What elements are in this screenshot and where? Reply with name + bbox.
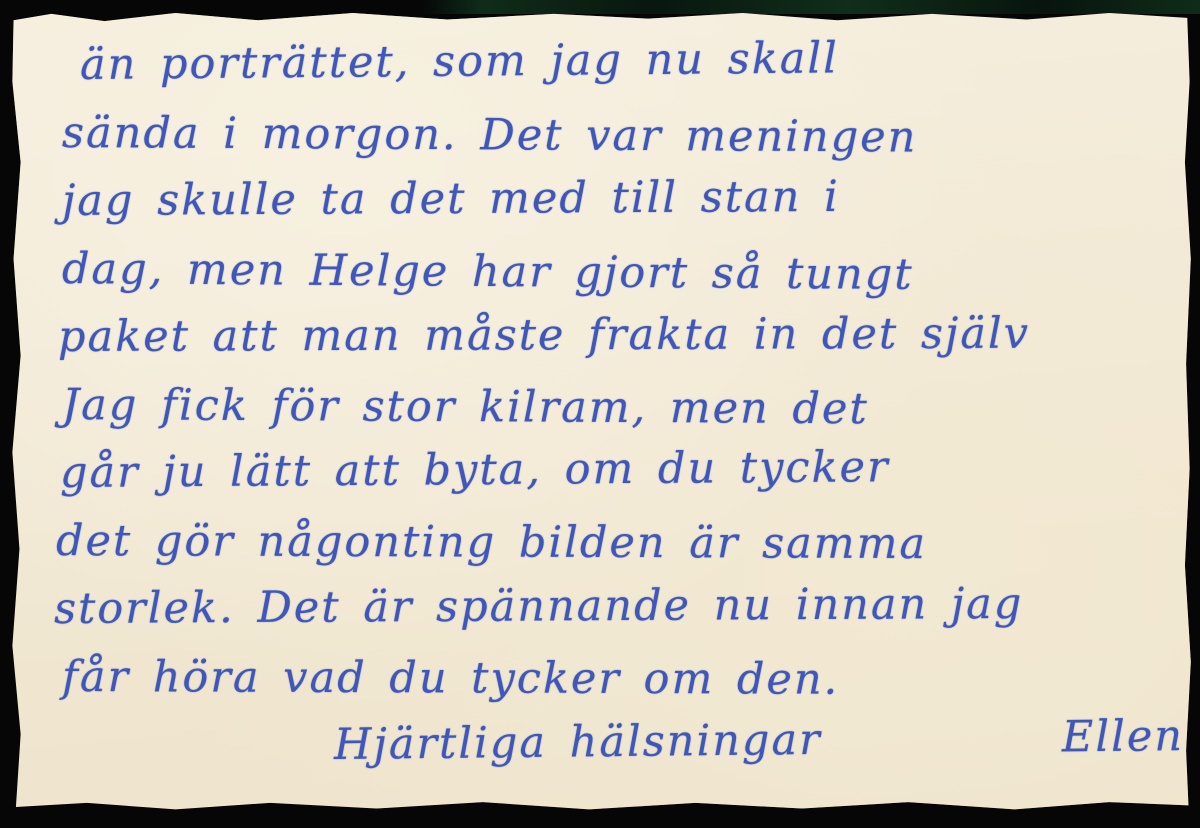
postcard: än porträttet, som jag nu skall sända i … bbox=[10, 9, 1192, 815]
handwritten-line: jag skulle ta det med till stan i bbox=[62, 161, 1162, 235]
signature-closing: Hjärtliga hälsningar bbox=[334, 706, 822, 779]
signature-name: Ellen bbox=[1062, 702, 1185, 771]
handwritten-line: storlek. Det är spännande nu innan jag bbox=[54, 569, 1162, 643]
scanner-background-accent bbox=[420, 0, 1200, 14]
handwritten-line: än porträttet, som jag nu skall bbox=[80, 22, 1163, 99]
handwritten-text: än porträttet, som jag nu skall sända i … bbox=[62, 31, 1162, 779]
handwritten-line: går ju lätt att byta, om du tycker bbox=[60, 431, 1162, 507]
handwritten-line: paket att man måste frakta in det själv bbox=[58, 299, 1162, 371]
handwritten-line: det gör någonting bilden är samma bbox=[56, 507, 1162, 579]
signature-row: Hjärtliga hälsningar Ellen bbox=[334, 702, 1185, 779]
